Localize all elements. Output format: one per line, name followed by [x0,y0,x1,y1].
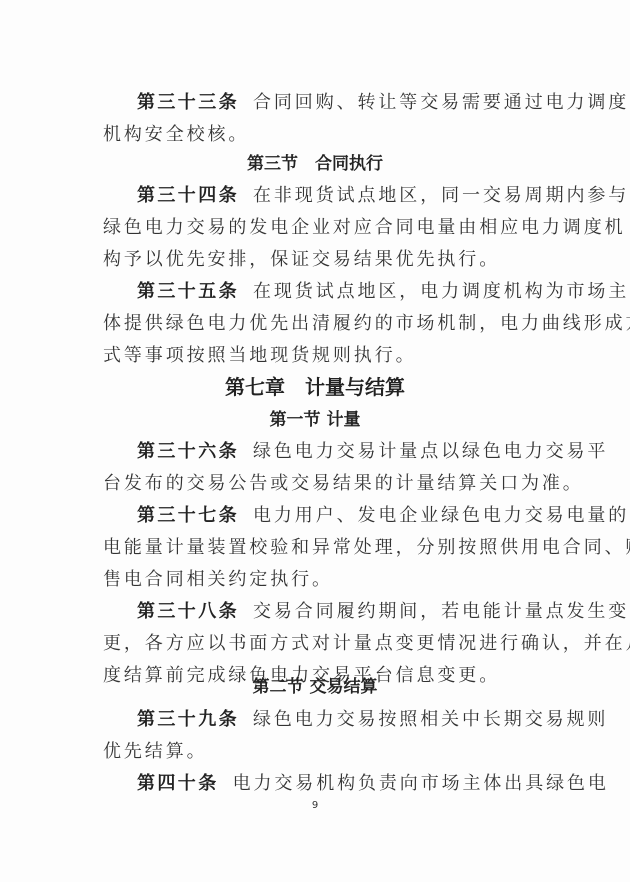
article-label: 第三十九条 [137,709,239,730]
article-label: 第三十八条 [137,601,239,622]
article-label: 第三十五条 [137,281,239,302]
article-label: 第四十条 [137,773,219,794]
article-label: 第三十六条 [137,441,239,462]
chapter-heading: 第七章 计量与结算 [0,370,630,404]
article-37-line-2: 电能量计量装置校验和异常处理，分别按照供用电合同、购 [103,532,528,564]
section-heading: 第三节 合同执行 [0,149,630,179]
article-35-line-3: 式等事项按照当地现货规则执行。 [103,340,528,372]
article-39-line-2: 优先结算。 [103,736,528,768]
document-page: 第三十三条合同回购、转让等交易需要通过电力调度 机构安全校核。 第三节 合同执行… [0,0,630,882]
article-39-line-1: 第三十九条绿色电力交易按照相关中长期交易规则 [137,704,528,736]
article-36-line-1: 第三十六条绿色电力交易计量点以绿色电力交易平 [137,436,528,468]
article-label: 第三十四条 [137,185,239,206]
article-34-line-1: 第三十四条在非现货试点地区，同一交易周期内参与 [137,180,528,212]
article-label: 第三十三条 [137,92,239,113]
section-heading: 第一节 计量 [0,405,630,435]
article-35-line-2: 体提供绿色电力优先出清履约的市场机制，电力曲线形成方 [103,308,528,340]
article-35-line-1: 第三十五条在现货试点地区，电力调度机构为市场主 [137,276,528,308]
article-37-line-3: 售电合同相关约定执行。 [103,564,528,596]
article-38-line-1: 第三十八条交易合同履约期间，若电能计量点发生变 [137,596,528,628]
article-34-line-2: 绿色电力交易的发电企业对应合同电量由相应电力调度机 [103,212,528,244]
article-36-line-2: 台发布的交易公告或交易结果的计量结算关口为准。 [103,468,528,500]
section-heading: 第二节 交易结算 [0,672,630,702]
article-40-line-1: 第四十条电力交易机构负责向市场主体出具绿色电 [137,768,528,800]
article-33-line-2: 机构安全校核。 [103,119,528,151]
page-number: 9 [0,800,630,811]
article-38-line-2: 更，各方应以书面方式对计量点变更情况进行确认，并在月 [103,628,528,660]
article-37-line-1: 第三十七条电力用户、发电企业绿色电力交易电量的 [137,500,528,532]
article-33-line-1: 第三十三条合同回购、转让等交易需要通过电力调度 [137,87,528,119]
article-label: 第三十七条 [137,505,239,526]
article-34-line-3: 构予以优先安排，保证交易结果优先执行。 [103,244,528,276]
